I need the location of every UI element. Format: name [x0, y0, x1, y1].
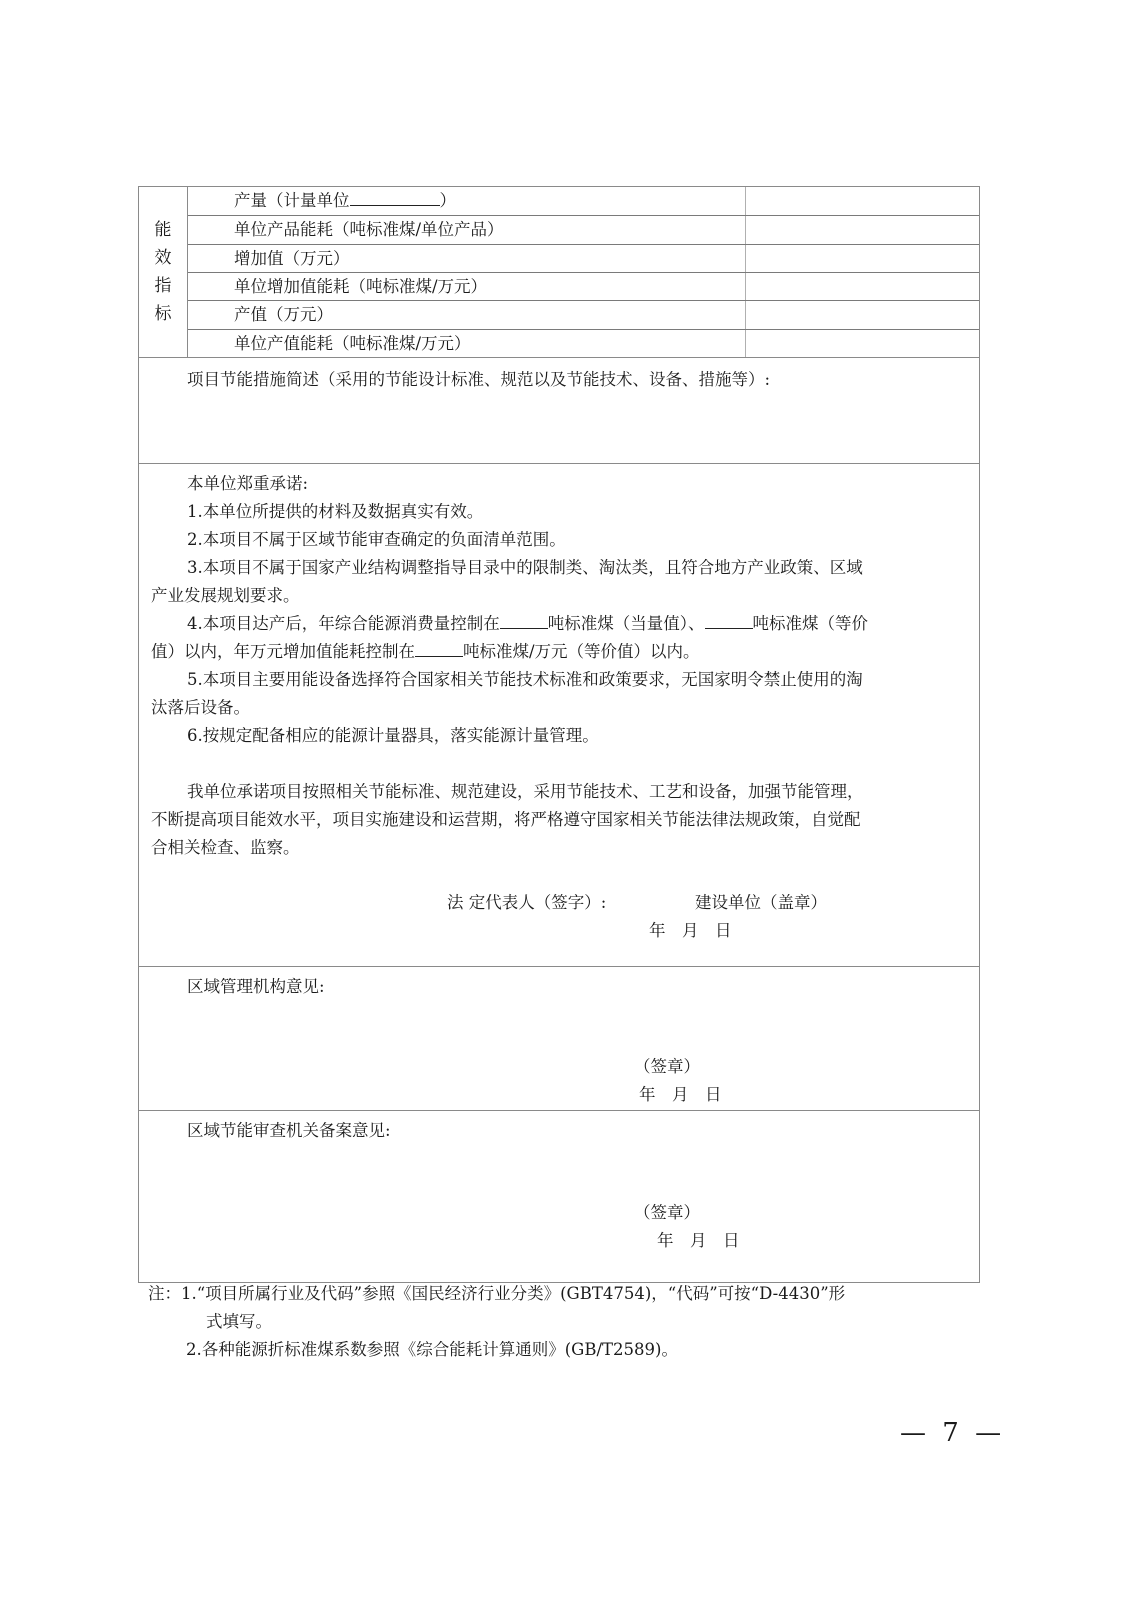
metric-name-prefix: 产量（计量单位 — [234, 191, 350, 210]
commitment-item-3: 3.本项目不属于国家产业结构调整指导目录中的限制类、淘汰类，且符合地方产业政策、… — [151, 554, 969, 582]
text: 值）以内，年万元增加值能耗控制在 — [151, 642, 415, 661]
commitment-item-5: 5.本项目主要用能设备选择符合国家相关节能技术标准和政策要求，无国家明令禁止使用… — [151, 666, 969, 694]
pledge-line-3: 合相关检查、监察。 — [151, 834, 969, 862]
regional-management-opinion-label: 区域管理机构意见: — [187, 973, 325, 997]
text: 吨标准煤（当量值）、 — [548, 614, 705, 633]
review-authority-seal: （签章） — [634, 1199, 700, 1223]
commitment-item-6: 6.按规定配备相应的能源计量器具，落实能源计量管理。 — [151, 722, 969, 750]
energy-consumption-equivalent-blank[interactable] — [500, 610, 548, 629]
commitment-heading: 本单位郑重承诺: — [151, 470, 969, 498]
label-char: 指 — [155, 272, 172, 300]
metrics-rows: 产量（计量单位） 单位产品能耗（吨标准煤/单位产品） 增加值（万元） 单位增加值… — [188, 187, 979, 357]
measures-label: 项目节能措施简述（采用的节能设计标准、规范以及节能技术、设备、措施等）: — [187, 366, 770, 390]
legal-representative-signature[interactable]: 法 定代表人（签字）: — [447, 889, 606, 913]
energy-saving-measures-section[interactable]: 项目节能措施简述（采用的节能设计标准、规范以及节能技术、设备、措施等）: — [139, 357, 979, 463]
commitment-date: 年 月 日 — [649, 917, 732, 941]
label-char: 效 — [155, 244, 172, 272]
commitment-item-3-cont: 产业发展规划要求。 — [151, 582, 969, 610]
metric-value-field[interactable] — [746, 245, 979, 272]
note-1-cont: 式填写。 — [148, 1308, 988, 1336]
metric-value-field[interactable] — [746, 330, 979, 357]
metric-value-field[interactable] — [746, 273, 979, 300]
page-number: — 7 — — [900, 1418, 1005, 1448]
metric-row-output-value: 产值（万元） — [188, 300, 979, 328]
commitment-item-5-cont: 汰落后设备。 — [151, 694, 969, 722]
text: 4.本项目达产后，年综合能源消费量控制在 — [187, 614, 500, 633]
metric-row-added-value: 增加值（万元） — [188, 244, 979, 272]
construction-unit-seal[interactable]: 建设单位（盖章） — [695, 889, 827, 913]
metric-row-output: 产量（计量单位） — [188, 187, 979, 215]
note-1: 注：1.“项目所属行业及代码”参照《国民经济行业分类》(GBT4754)，“代码… — [148, 1280, 988, 1308]
management-seal: （签章） — [634, 1053, 700, 1077]
commitment-item-1: 1.本单位所提供的材料及数据真实有效。 — [151, 498, 969, 526]
metric-name-suffix: ） — [440, 191, 457, 210]
review-authority-date: 年 月 日 — [657, 1227, 740, 1251]
metric-name: 增加值（万元） — [188, 245, 746, 272]
commitment-section: 本单位郑重承诺: 1.本单位所提供的材料及数据真实有效。 2.本项目不属于区域节… — [139, 463, 979, 966]
commitment-item-4: 4.本项目达产后，年综合能源消费量控制在吨标准煤（当量值）、吨标准煤（等价 — [151, 610, 969, 638]
metric-row-unit-product-energy: 单位产品能耗（吨标准煤/单位产品） — [188, 215, 979, 243]
text: 吨标准煤/万元（等价值）以内。 — [463, 642, 700, 661]
notes-section: 注：1.“项目所属行业及代码”参照《国民经济行业分类》(GBT4754)，“代码… — [148, 1280, 988, 1364]
energy-review-authority-opinion-section[interactable]: 区域节能审查机关备案意见: （签章） 年 月 日 — [139, 1110, 979, 1282]
metric-value-field[interactable] — [746, 187, 979, 215]
energy-consumption-equal-value-blank[interactable] — [705, 610, 753, 629]
metric-row-unit-added-value-energy: 单位增加值能耗（吨标准煤/万元） — [188, 272, 979, 300]
metric-name: 产值（万元） — [188, 301, 746, 328]
added-value-energy-blank[interactable] — [415, 638, 463, 657]
note-2: 2.各种能源折标准煤系数参照《综合能耗计算通则》(GB/T2589)。 — [148, 1336, 988, 1364]
metric-value-field[interactable] — [746, 301, 979, 328]
energy-review-authority-opinion-label: 区域节能审查机关备案意见: — [187, 1117, 391, 1141]
regional-management-opinion-section[interactable]: 区域管理机构意见: （签章） 年 月 日 — [139, 966, 979, 1110]
metric-value-field[interactable] — [746, 216, 979, 243]
metric-name: 单位增加值能耗（吨标准煤/万元） — [188, 273, 746, 300]
management-date: 年 月 日 — [639, 1081, 722, 1105]
energy-review-form-table: 能 效 指 标 产量（计量单位） 单位产品能耗（吨标准煤/单位产品） 增加值（万… — [138, 186, 980, 1283]
label-char: 能 — [155, 216, 172, 244]
pledge-line-1: 我单位承诺项目按照相关节能标准、规范建设，采用节能技术、工艺和设备，加强节能管理… — [151, 778, 969, 806]
commitment-item-4-cont: 值）以内，年万元增加值能耗控制在吨标准煤/万元（等价值）以内。 — [151, 638, 969, 666]
label-char: 标 — [155, 300, 172, 328]
pledge-line-2: 不断提高项目能效水平，项目实施建设和运营期，将严格遵守国家相关节能法律法规政策，… — [151, 806, 969, 834]
text: 吨标准煤（等价 — [753, 614, 869, 633]
document-page: 能 效 指 标 产量（计量单位） 单位产品能耗（吨标准煤/单位产品） 增加值（万… — [0, 0, 1131, 1600]
efficiency-metrics-section: 能 效 指 标 产量（计量单位） 单位产品能耗（吨标准煤/单位产品） 增加值（万… — [139, 187, 979, 357]
measurement-unit-blank[interactable] — [350, 187, 440, 206]
metric-name: 产量（计量单位） — [188, 187, 746, 215]
metric-row-unit-output-value-energy: 单位产值能耗（吨标准煤/万元） — [188, 329, 979, 357]
metric-name: 单位产值能耗（吨标准煤/万元） — [188, 330, 746, 357]
metric-name: 单位产品能耗（吨标准煤/单位产品） — [188, 216, 746, 243]
efficiency-metrics-label: 能 效 指 标 — [139, 187, 188, 357]
commitment-item-2: 2.本项目不属于区域节能审查确定的负面清单范围。 — [151, 526, 969, 554]
